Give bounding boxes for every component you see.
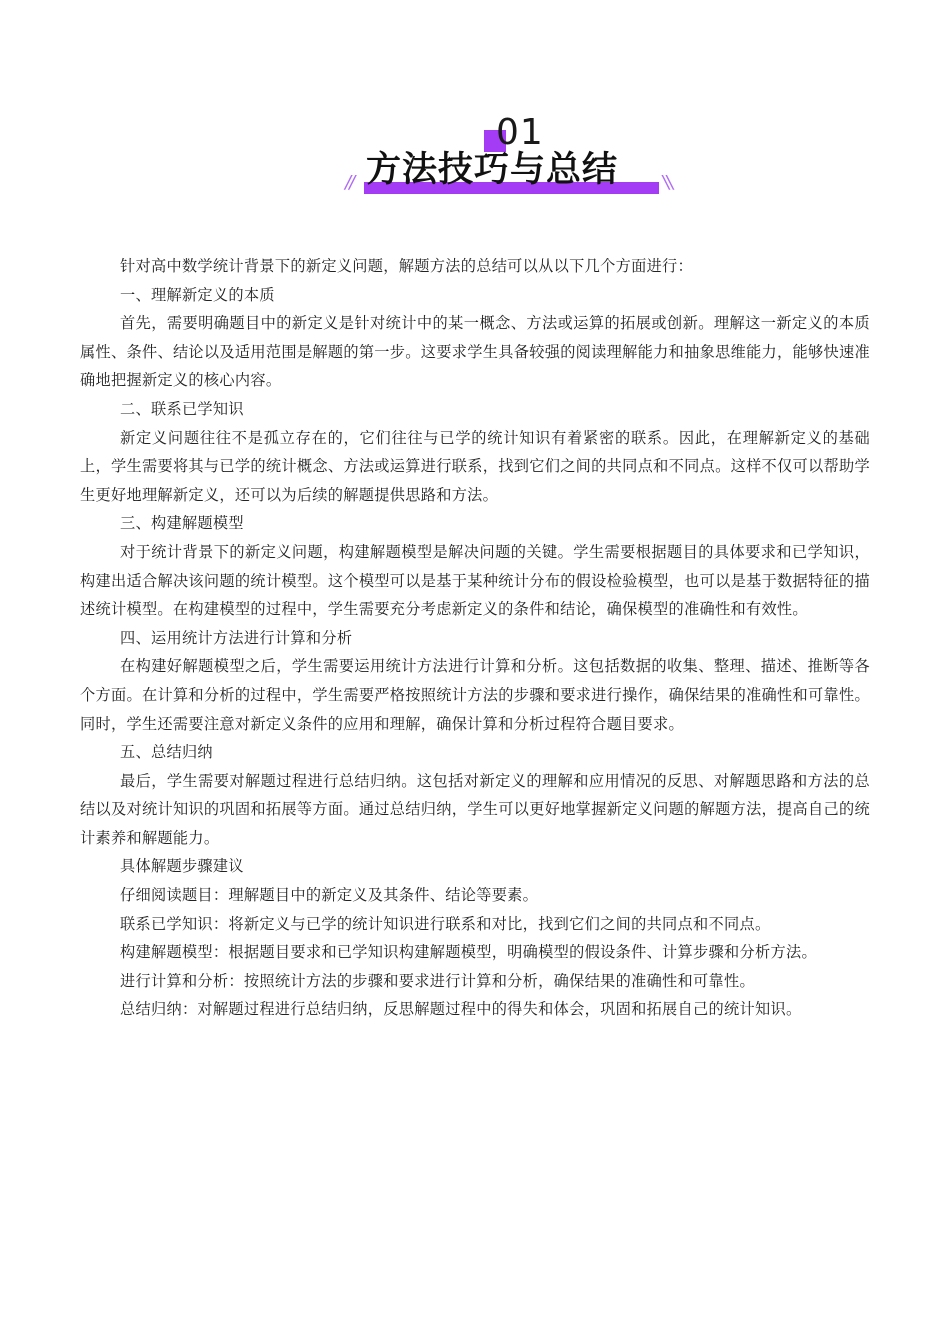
step-item: 构建解题模型：根据题目要求和已学知识构建解题模型，明确模型的假设条件、计算步骤和… (80, 938, 870, 967)
section-heading: 二、联系已学知识 (80, 395, 870, 424)
section-header: 01 // 方法技巧与总结 // (0, 110, 950, 210)
document-body: 针对高中数学统计背景下的新定义问题，解题方法的总结可以从以下几个方面进行： 一、… (80, 252, 870, 1024)
left-slash-decoration-icon: // (345, 172, 353, 194)
section-heading: 三、构建解题模型 (80, 509, 870, 538)
section-heading: 一、理解新定义的本质 (80, 281, 870, 310)
section-body: 最后，学生需要对解题过程进行总结归纳。这包括对新定义的理解和应用情况的反思、对解… (80, 767, 870, 853)
step-item: 进行计算和分析：按照统计方法的步骤和要求进行计算和分析，确保结果的准确性和可靠性… (80, 967, 870, 996)
step-item: 联系已学知识：将新定义与已学的统计知识进行联系和对比，找到它们之间的共同点和不同… (80, 910, 870, 939)
section-body: 对于统计背景下的新定义问题，构建解题模型是解决问题的关键。学生需要根据题目的具体… (80, 538, 870, 624)
section-heading: 五、总结归纳 (80, 738, 870, 767)
section-heading: 四、运用统计方法进行计算和分析 (80, 624, 870, 653)
step-item: 仔细阅读题目：理解题目中的新定义及其条件、结论等要素。 (80, 881, 870, 910)
section-body: 首先，需要明确题目中的新定义是针对统计中的某一概念、方法或运算的拓展或创新。理解… (80, 309, 870, 395)
intro-paragraph: 针对高中数学统计背景下的新定义问题，解题方法的总结可以从以下几个方面进行： (80, 252, 870, 281)
steps-heading: 具体解题步骤建议 (80, 852, 870, 881)
section-title: 方法技巧与总结 (366, 148, 656, 192)
right-slash-decoration-icon: // (665, 172, 673, 194)
step-item: 总结归纳：对解题过程进行总结归纳，反思解题过程中的得失和体会，巩固和拓展自己的统… (80, 995, 870, 1024)
section-body: 新定义问题往往不是孤立存在的，它们往往与已学的统计知识有着紧密的联系。因此，在理… (80, 424, 870, 510)
section-body: 在构建好解题模型之后，学生需要运用统计方法进行计算和分析。这包括数据的收集、整理… (80, 652, 870, 738)
